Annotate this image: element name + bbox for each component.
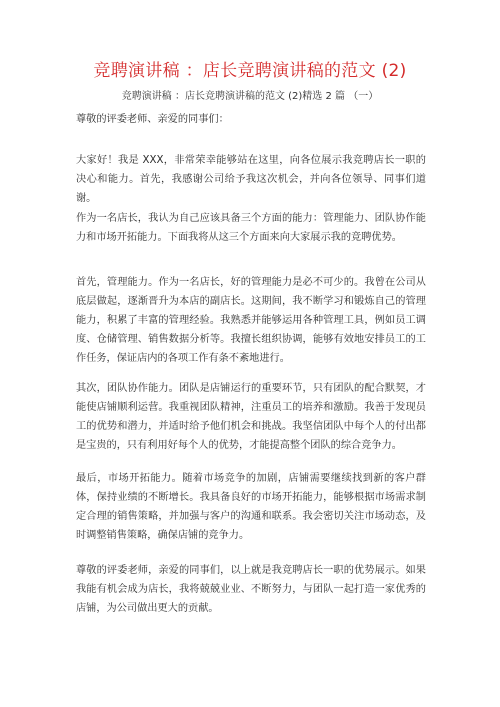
paragraph-management: 首先，管理能力。作为一名店长，好的管理能力是必不可少的。我曾在公司从底层做起，逐… xyxy=(76,273,426,368)
paragraph-greeting: 大家好！我是 XXX，非常荣幸能够站在这里，向各位展示我竞聘店长一职的决心和能力… xyxy=(76,151,426,208)
document-title: 竞聘演讲稿 ：店长竞聘演讲稿的范文 (2) xyxy=(0,60,500,82)
paragraph-closing: 尊敬的评委老师，亲爱的同事们，以上就是我竞聘店长一职的优势展示。如果我能有机会成… xyxy=(76,561,426,618)
paragraph-overview: 作为一名店长，我认为自己应该具备三个方面的能力：管理能力、团队协作能力和市场开拓… xyxy=(76,209,426,247)
document-subtitle: 竞聘演讲稿 ：店长竞聘演讲稿的范文 (2)精选 2 篇 （一） xyxy=(0,90,500,104)
paragraph-teamwork: 其次，团队协作能力。团队是店铺运行的重要环节，只有团队的配合默契，才能使店铺顺利… xyxy=(76,379,426,455)
paragraph-market: 最后，市场开拓能力。随着市场竞争的加剧，店铺需要继续找到新的客户群体，保持业绩的… xyxy=(76,469,426,545)
salutation: 尊敬的评委老师、亲爱的同事们： xyxy=(76,110,426,129)
document-page: 竞聘演讲稿 ：店长竞聘演讲稿的范文 (2) 竞聘演讲稿 ：店长竞聘演讲稿的范文 … xyxy=(0,0,500,707)
